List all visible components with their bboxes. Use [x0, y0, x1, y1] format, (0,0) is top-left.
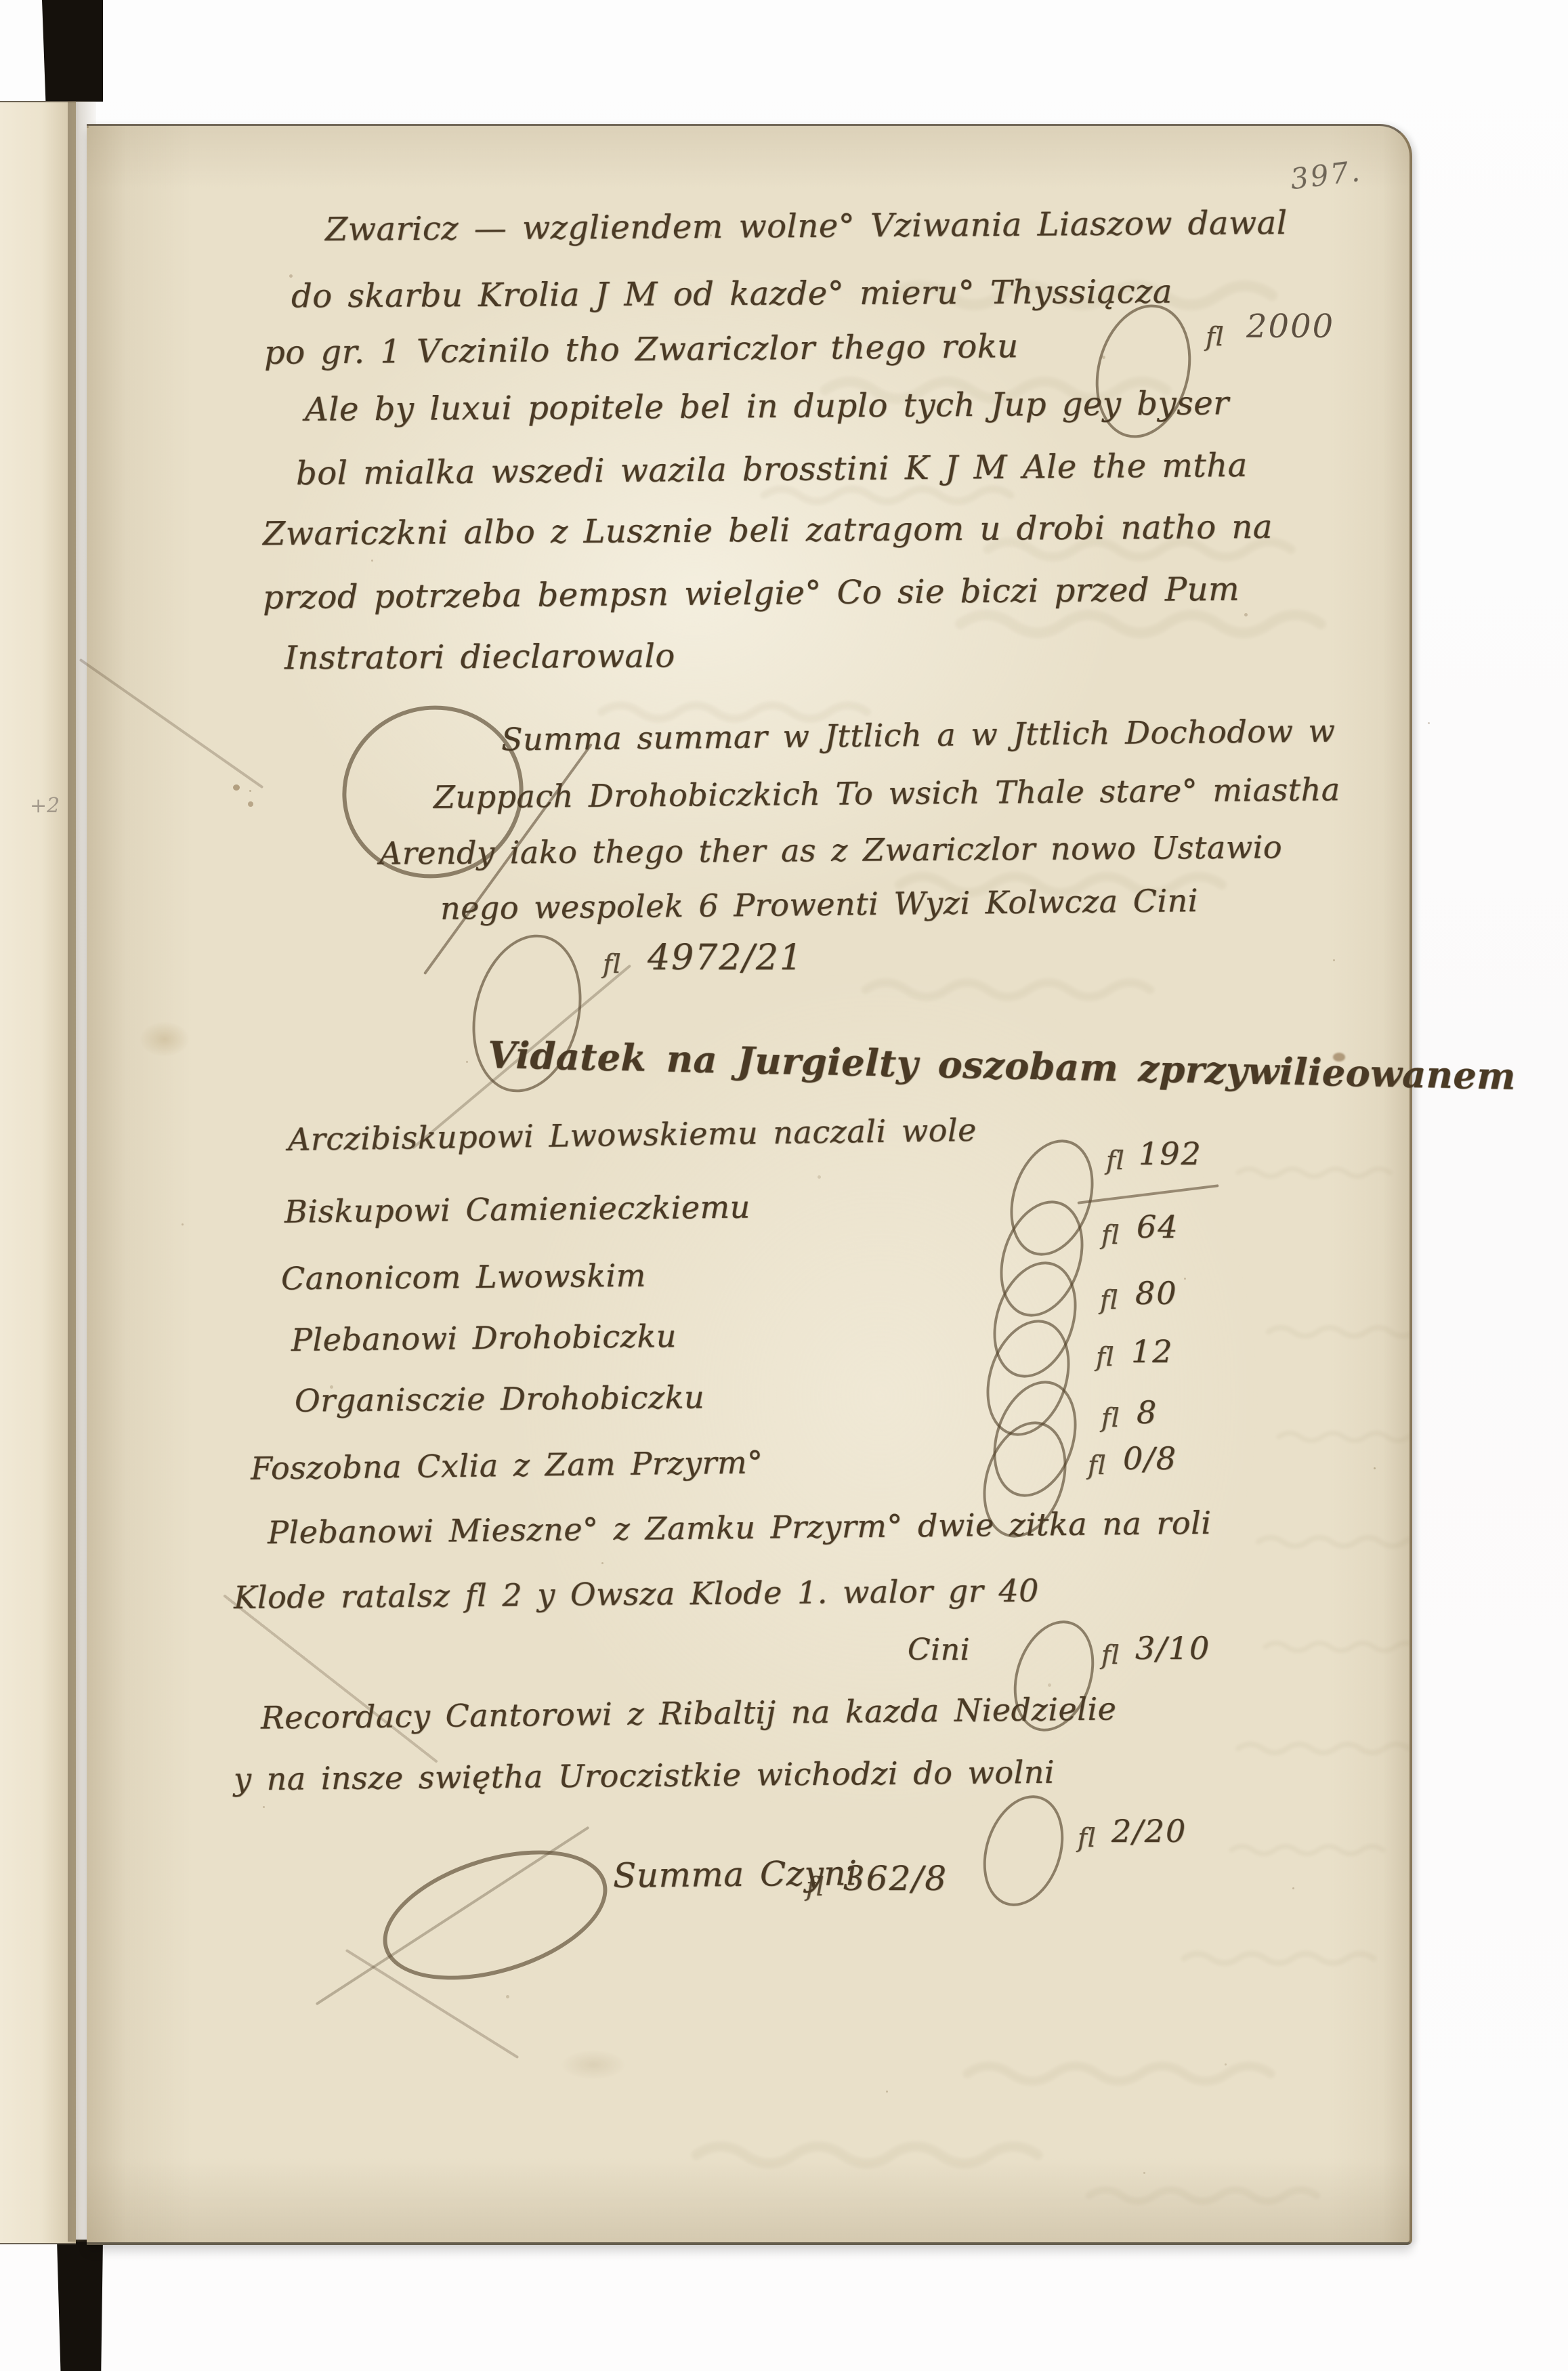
ledger-entry-label: Organisczie Drohobiczku — [295, 1381, 705, 1416]
ledger-amount: 12 — [1131, 1336, 1174, 1367]
ledger-amount: 64 — [1137, 1211, 1179, 1242]
ledger-entry-label: y na insze swiętha Uroczistkie wichodzi … — [234, 1757, 1055, 1795]
manuscript-line: Instratori dieclarowalo — [284, 639, 675, 674]
florin-sign: fl — [806, 1874, 824, 1900]
florin-sign: fl — [1078, 1825, 1096, 1851]
florin-sign: fl — [1100, 1287, 1118, 1313]
sum-value: 4972/21 — [648, 940, 803, 975]
ledger-amount: 8 — [1137, 1397, 1158, 1428]
folio-number: 397. — [1289, 157, 1363, 194]
manuscript-line: bol mialka wszedi wazila brosstini K J M… — [296, 449, 1248, 490]
manuscript-line: Zwaricz — wzgliendem wolne° Vziwania Lia… — [325, 207, 1288, 246]
manuscript-scan: { "document": { "type": "archival manusc… — [0, 0, 1568, 2371]
paper-stain — [140, 1022, 190, 1057]
ledger-entry-label: Arczibiskupowi Lwowskiemu naczali wole — [288, 1114, 977, 1155]
bleed-through-ghost-text — [87, 126, 1410, 2242]
ledger-entry-label: Klode ratalsz fl 2 y Owsza Klode 1. walo… — [234, 1575, 1039, 1613]
paper-stain — [561, 2050, 626, 2080]
ledger-entry-label: Foszobna Cxlia z Zam Przyrm° — [251, 1446, 763, 1484]
florin-sign: fl — [1101, 1222, 1120, 1248]
manuscript-line: po gr. 1 Vczinilo tho Zwariczlor thego r… — [264, 330, 1019, 369]
margin-mark: +2 — [30, 794, 60, 818]
manuscript-line: nego wespolek 6 Prowenti Wyzi Kolwcza Ci… — [440, 885, 1198, 924]
ledger-amount: 2/20 — [1111, 1816, 1187, 1847]
florin-sign: fl — [1088, 1452, 1106, 1478]
florin-sign: fl — [1106, 1148, 1124, 1173]
summa-value: 362/8 — [843, 1862, 948, 1895]
ink-spot — [248, 801, 253, 807]
ledger-entry-label: Recordacy Cantorowi z Ribaltij na kazda … — [261, 1693, 1117, 1733]
florin-sign: fl — [1101, 1642, 1120, 1668]
ledger-entry-label: Plebanowi Drohobiczku — [291, 1320, 677, 1356]
manuscript-line: Summa summar w Jttlich a w Jttlich Docho… — [501, 715, 1336, 755]
manuscript-line: Zwariczkni albo z Lusznie beli zatragom … — [263, 511, 1273, 550]
florin-sign: fl — [1101, 1405, 1120, 1431]
ink-spot — [233, 784, 240, 791]
amount-prefix-word: Cini — [908, 1635, 970, 1665]
manuscript-page: 397. Zwaricz — wzgliendem wolne° Vziwani… — [87, 124, 1412, 2245]
binding-tape-top — [42, 0, 103, 102]
ledger-entry-label: Biskupowi Camienieczkiemu — [284, 1191, 750, 1227]
manuscript-line: Ale by luxui popitele bel in duplo tych … — [305, 387, 1229, 426]
ledger-entry-label: Canonicom Lwowskim — [281, 1260, 646, 1295]
ledger-amount: 192 — [1139, 1138, 1202, 1169]
ledger-amount: 80 — [1135, 1278, 1178, 1309]
manuscript-line: Zuppach Drohobiczkich To wsich Thale sta… — [433, 774, 1340, 813]
margin-amount: 2000 — [1246, 310, 1334, 343]
florin-sign: fl — [603, 951, 621, 977]
previous-page-edge — [0, 101, 76, 2244]
manuscript-line: przod potrzeba bempsn wielgie° Co sie bi… — [263, 573, 1239, 614]
manuscript-line: do skarbu Krolia J M od kazde° mieru° Th… — [291, 276, 1172, 313]
ledger-amount: 0/8 — [1123, 1443, 1177, 1474]
ledger-entry-label: Plebanowi Mieszne° z Zamku Przyrm° dwie … — [268, 1507, 1212, 1549]
florin-sign: fl — [1206, 324, 1224, 350]
binding-tape-bottom — [57, 2240, 103, 2371]
manuscript-line: Arendy iako thego ther as z Zwariczlor n… — [379, 831, 1282, 868]
ledger-amount: 3/10 — [1135, 1633, 1210, 1664]
florin-sign: fl — [1096, 1344, 1114, 1370]
